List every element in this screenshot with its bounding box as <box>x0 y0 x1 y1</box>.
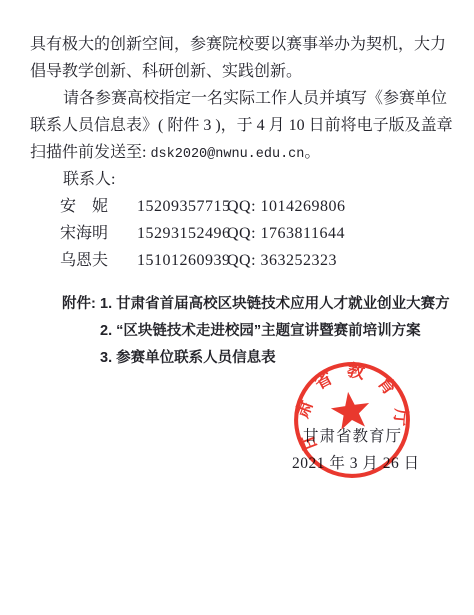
official-seal: 甘肃省教育厅 <box>282 350 422 490</box>
contacts-label: 联系人: <box>30 166 450 193</box>
contact-name: 乌恩夫 <box>60 247 137 274</box>
contact-name: 安 妮 <box>60 193 137 220</box>
contact-phone: 15293152496 <box>137 220 227 247</box>
contact-row: 乌恩夫15101260939QQ: 363252323 <box>30 247 450 274</box>
attachment-item: 3. 参赛单位联系人员信息表 <box>100 345 276 372</box>
email-line-prefix: 扫描件前发送至: <box>30 144 150 161</box>
contact-name: 宋海明 <box>60 220 137 247</box>
body-line: 具有极大的创新空间，参赛院校要以赛事举办为契机，大力 <box>30 31 450 58</box>
body-line-email: 扫描件前发送至: dsk2020@nwnu.edu.cn。 <box>30 139 450 166</box>
document-page: 具有极大的创新空间，参赛院校要以赛事举办为契机，大力 倡导教学创新、科研创新、实… <box>0 0 474 615</box>
contact-qq: QQ: 363252323 <box>227 247 337 274</box>
body-line: 联系人员信息表》( 附件 3 )，于 4 月 10 日前将电子版及盖章 <box>30 112 450 139</box>
contact-phone: 15209357715 <box>137 193 227 220</box>
document-body: 具有极大的创新空间，参赛院校要以赛事举办为契机，大力 倡导教学创新、科研创新、实… <box>30 31 450 274</box>
contact-phone: 15101260939 <box>137 247 227 274</box>
attachments-label: 附件: <box>62 291 100 318</box>
attachment-row: 2. “区块链技术走进校园”主题宣讲暨赛前培训方案 <box>62 318 462 345</box>
attachment-item: 2. “区块链技术走进校园”主题宣讲暨赛前培训方案 <box>100 318 421 345</box>
contact-row: 安 妮15209357715QQ: 1014269806 <box>30 193 450 220</box>
seal-star-icon <box>329 389 372 431</box>
contact-row: 宋海明15293152496QQ: 1763811644 <box>30 220 450 247</box>
contact-qq: QQ: 1014269806 <box>227 193 346 220</box>
contact-qq: QQ: 1763811644 <box>227 220 345 247</box>
attachment-item: 1. 甘肃省首届高校区块链技术应用人才就业创业大赛方 <box>100 291 450 318</box>
attachment-row: 附件:1. 甘肃省首届高校区块链技术应用人才就业创业大赛方 <box>62 291 462 318</box>
body-line: 倡导教学创新、科研创新、实践创新。 <box>30 58 450 85</box>
email-line-suffix: 。 <box>304 144 320 161</box>
email-address: dsk2020@nwnu.edu.cn <box>150 147 304 162</box>
body-line: 请各参赛高校指定一名实际工作人员并填写《参赛单位 <box>30 85 450 112</box>
